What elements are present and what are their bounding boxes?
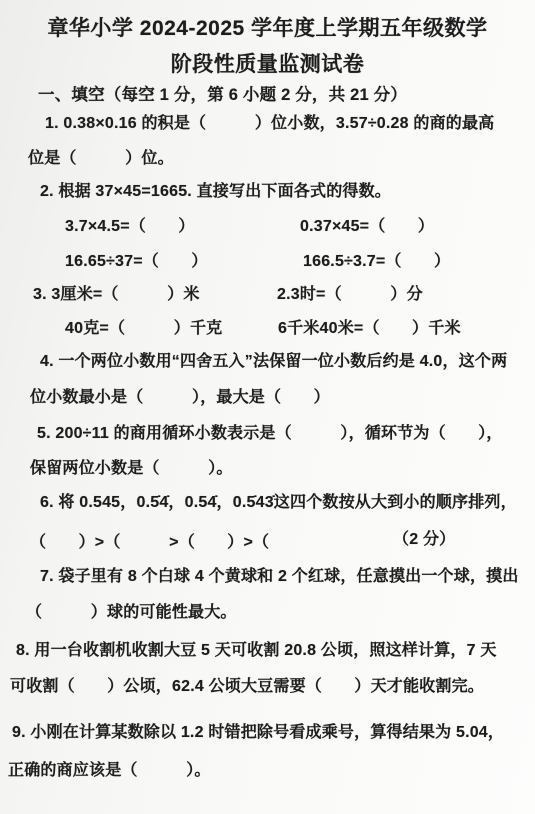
question-2-expression-3: 16.65÷37=（ ） (65, 251, 208, 273)
section-1-heading: 一、填空（每空 1 分，第 6 小题 2 分，共 21 分） (38, 84, 407, 106)
question-2-stem: 2. 根据 37×45=1665. 直接写出下面各式的得数。 (40, 181, 391, 203)
question-8-line-2: 可收割（ ）公顷，62.4 公顷大豆需要（ ）天才能收割完。 (10, 676, 484, 698)
exam-title-line-1: 章华小学 2024-2025 学年度上学期五年级数学 (0, 16, 535, 42)
question-2-expression-1: 3.7×4.5=（ ） (65, 216, 195, 238)
question-6-score-note: （2 分） (393, 529, 455, 551)
exam-title-line-2: 阶段性质量监测试卷 (0, 52, 535, 78)
question-3-conversion-2: 2.3时=（ ）分 (277, 284, 423, 306)
question-4-line-1: 4. 一个两位小数用“四舍五入”法保留一位小数后约是 4.0，这个两 (40, 351, 507, 373)
question-3-conversion-4: 6千米40米=（ ）千米 (278, 318, 461, 340)
question-3-conversion-1: 3. 3厘米=（ ）米 (33, 284, 200, 306)
question-2-expression-2: 0.37×45=（ ） (300, 216, 434, 238)
question-3-conversion-3: 40克=（ ）千克 (65, 318, 222, 340)
question-1-line-2: 位是（ ）位。 (28, 148, 174, 170)
question-6-answer-blanks: （ ）>（ >（ ）>（ (30, 532, 269, 554)
question-1-line-1: 1. 0.38×0.16 的积是（ ）位小数，3.57÷0.28 的商的最高 (45, 113, 494, 135)
question-2-expression-4: 166.5÷3.7=（ ） (303, 251, 450, 273)
question-9-line-1: 9. 小刚在计算某数除以 1.2 时错把除号看成乘号，算得结果为 5.04， (12, 722, 504, 744)
question-9-line-2: 正确的商应该是（ ）。 (8, 760, 211, 782)
question-8-line-1: 8. 用一台收割机收割大豆 5 天可收割 20.8 公顷，照这样计算，7 天 (16, 640, 497, 662)
question-7-line-1: 7. 袋子里有 8 个白球 4 个黄球和 2 个红球，任意摸出一个球，摸出 (40, 566, 519, 588)
question-4-line-2: 位小数最小是（ ），最大是（ ） (30, 387, 330, 409)
question-6-line-1: 6. 将 0.545，0.5̇4̇，0.54̇，0.5̇43̇这四个数按从大到小… (40, 492, 517, 514)
question-7-line-2: （ ）球的可能性最大。 (26, 602, 237, 624)
exam-paper-page: 章华小学 2024-2025 学年度上学期五年级数学 阶段性质量监测试卷 一、填… (0, 0, 535, 814)
question-5-line-2: 保留两位小数是（ ）。 (30, 458, 233, 480)
question-5-line-1: 5. 200÷11 的商用循环小数表示是（ ），循环节为（ ）， (37, 423, 503, 445)
